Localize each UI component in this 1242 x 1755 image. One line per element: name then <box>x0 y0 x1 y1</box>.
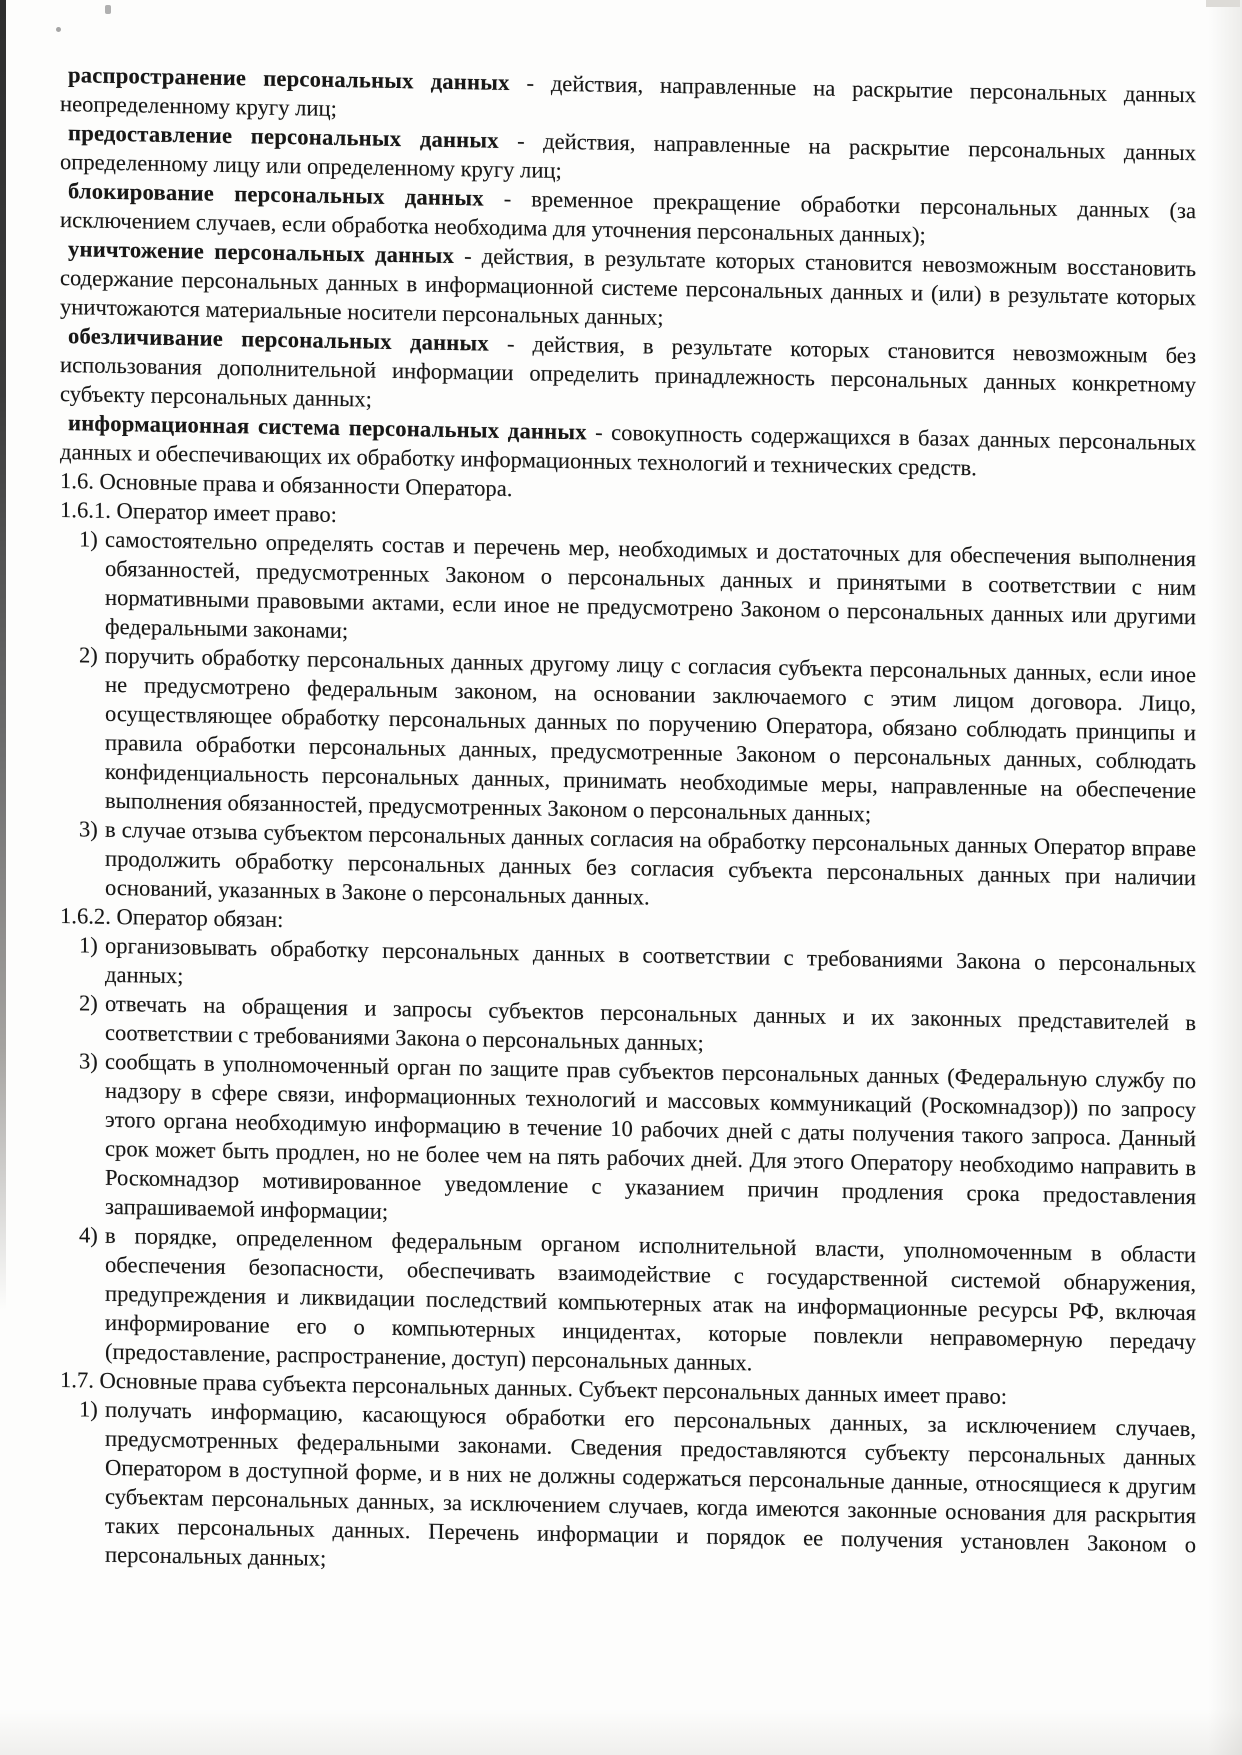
item-number: 2) <box>79 640 105 669</box>
definition-term: распространение персональных данных <box>68 62 510 95</box>
document-body: распространение персональных данных - де… <box>60 60 1196 1588</box>
item-number: 3) <box>79 814 105 843</box>
item-text: сообщать в уполномоченный орган по защит… <box>105 1049 1196 1224</box>
operator-duties-list: 1)организовывать обработку персональных … <box>60 930 1196 1385</box>
item-number: 3) <box>79 1046 105 1075</box>
item-number: 1) <box>79 930 105 959</box>
definition-term: предоставление персональных данных <box>68 120 499 153</box>
item-number: 1) <box>79 524 105 553</box>
item-number: 1) <box>79 1394 105 1423</box>
item-text: в порядке, определенном федеральным орга… <box>105 1223 1196 1376</box>
item-text: в случае отзыва субъектом персональных д… <box>105 817 1196 910</box>
scan-speck <box>105 5 111 14</box>
item-text: получать информацию, касающуюся обработк… <box>105 1397 1196 1571</box>
left-scan-edge-artifact <box>0 0 6 1310</box>
definition-term: обезличивание персональных данных <box>68 323 489 355</box>
list-item: 3)сообщать в уполномоченный орган по защ… <box>60 1046 1196 1240</box>
right-scan-shadow <box>1208 0 1242 1755</box>
list-item: 1)самостоятельно определять состав и пер… <box>60 524 1196 660</box>
item-number: 4) <box>79 1220 105 1249</box>
item-text: поручить обработку персональных данных д… <box>105 643 1196 827</box>
list-item: 4)в порядке, определенном федеральным ор… <box>60 1220 1196 1385</box>
scan-speck <box>56 27 61 32</box>
definition-term: информационная система персональных данн… <box>68 410 587 444</box>
definition-term: блокирование персональных данных <box>68 178 484 210</box>
scanned-document-page: { "doc": { "language": "ru", "definition… <box>0 0 1242 1755</box>
item-number: 2) <box>79 988 105 1017</box>
subject-rights-list: 1)получать информацию, касающуюся обрабо… <box>60 1394 1196 1588</box>
item-text: самостоятельно определять состав и переч… <box>105 527 1196 643</box>
scan-corner-artifact <box>1206 0 1240 7</box>
list-item: 2)поручить обработку персональных данных… <box>60 640 1196 834</box>
list-item: 1)получать информацию, касающуюся обрабо… <box>60 1394 1196 1588</box>
bottom-scan-shadow <box>0 1709 1242 1755</box>
definition-term: уничтожение персональных данных <box>68 236 454 268</box>
operator-rights-list: 1)самостоятельно определять состав и пер… <box>60 524 1196 921</box>
